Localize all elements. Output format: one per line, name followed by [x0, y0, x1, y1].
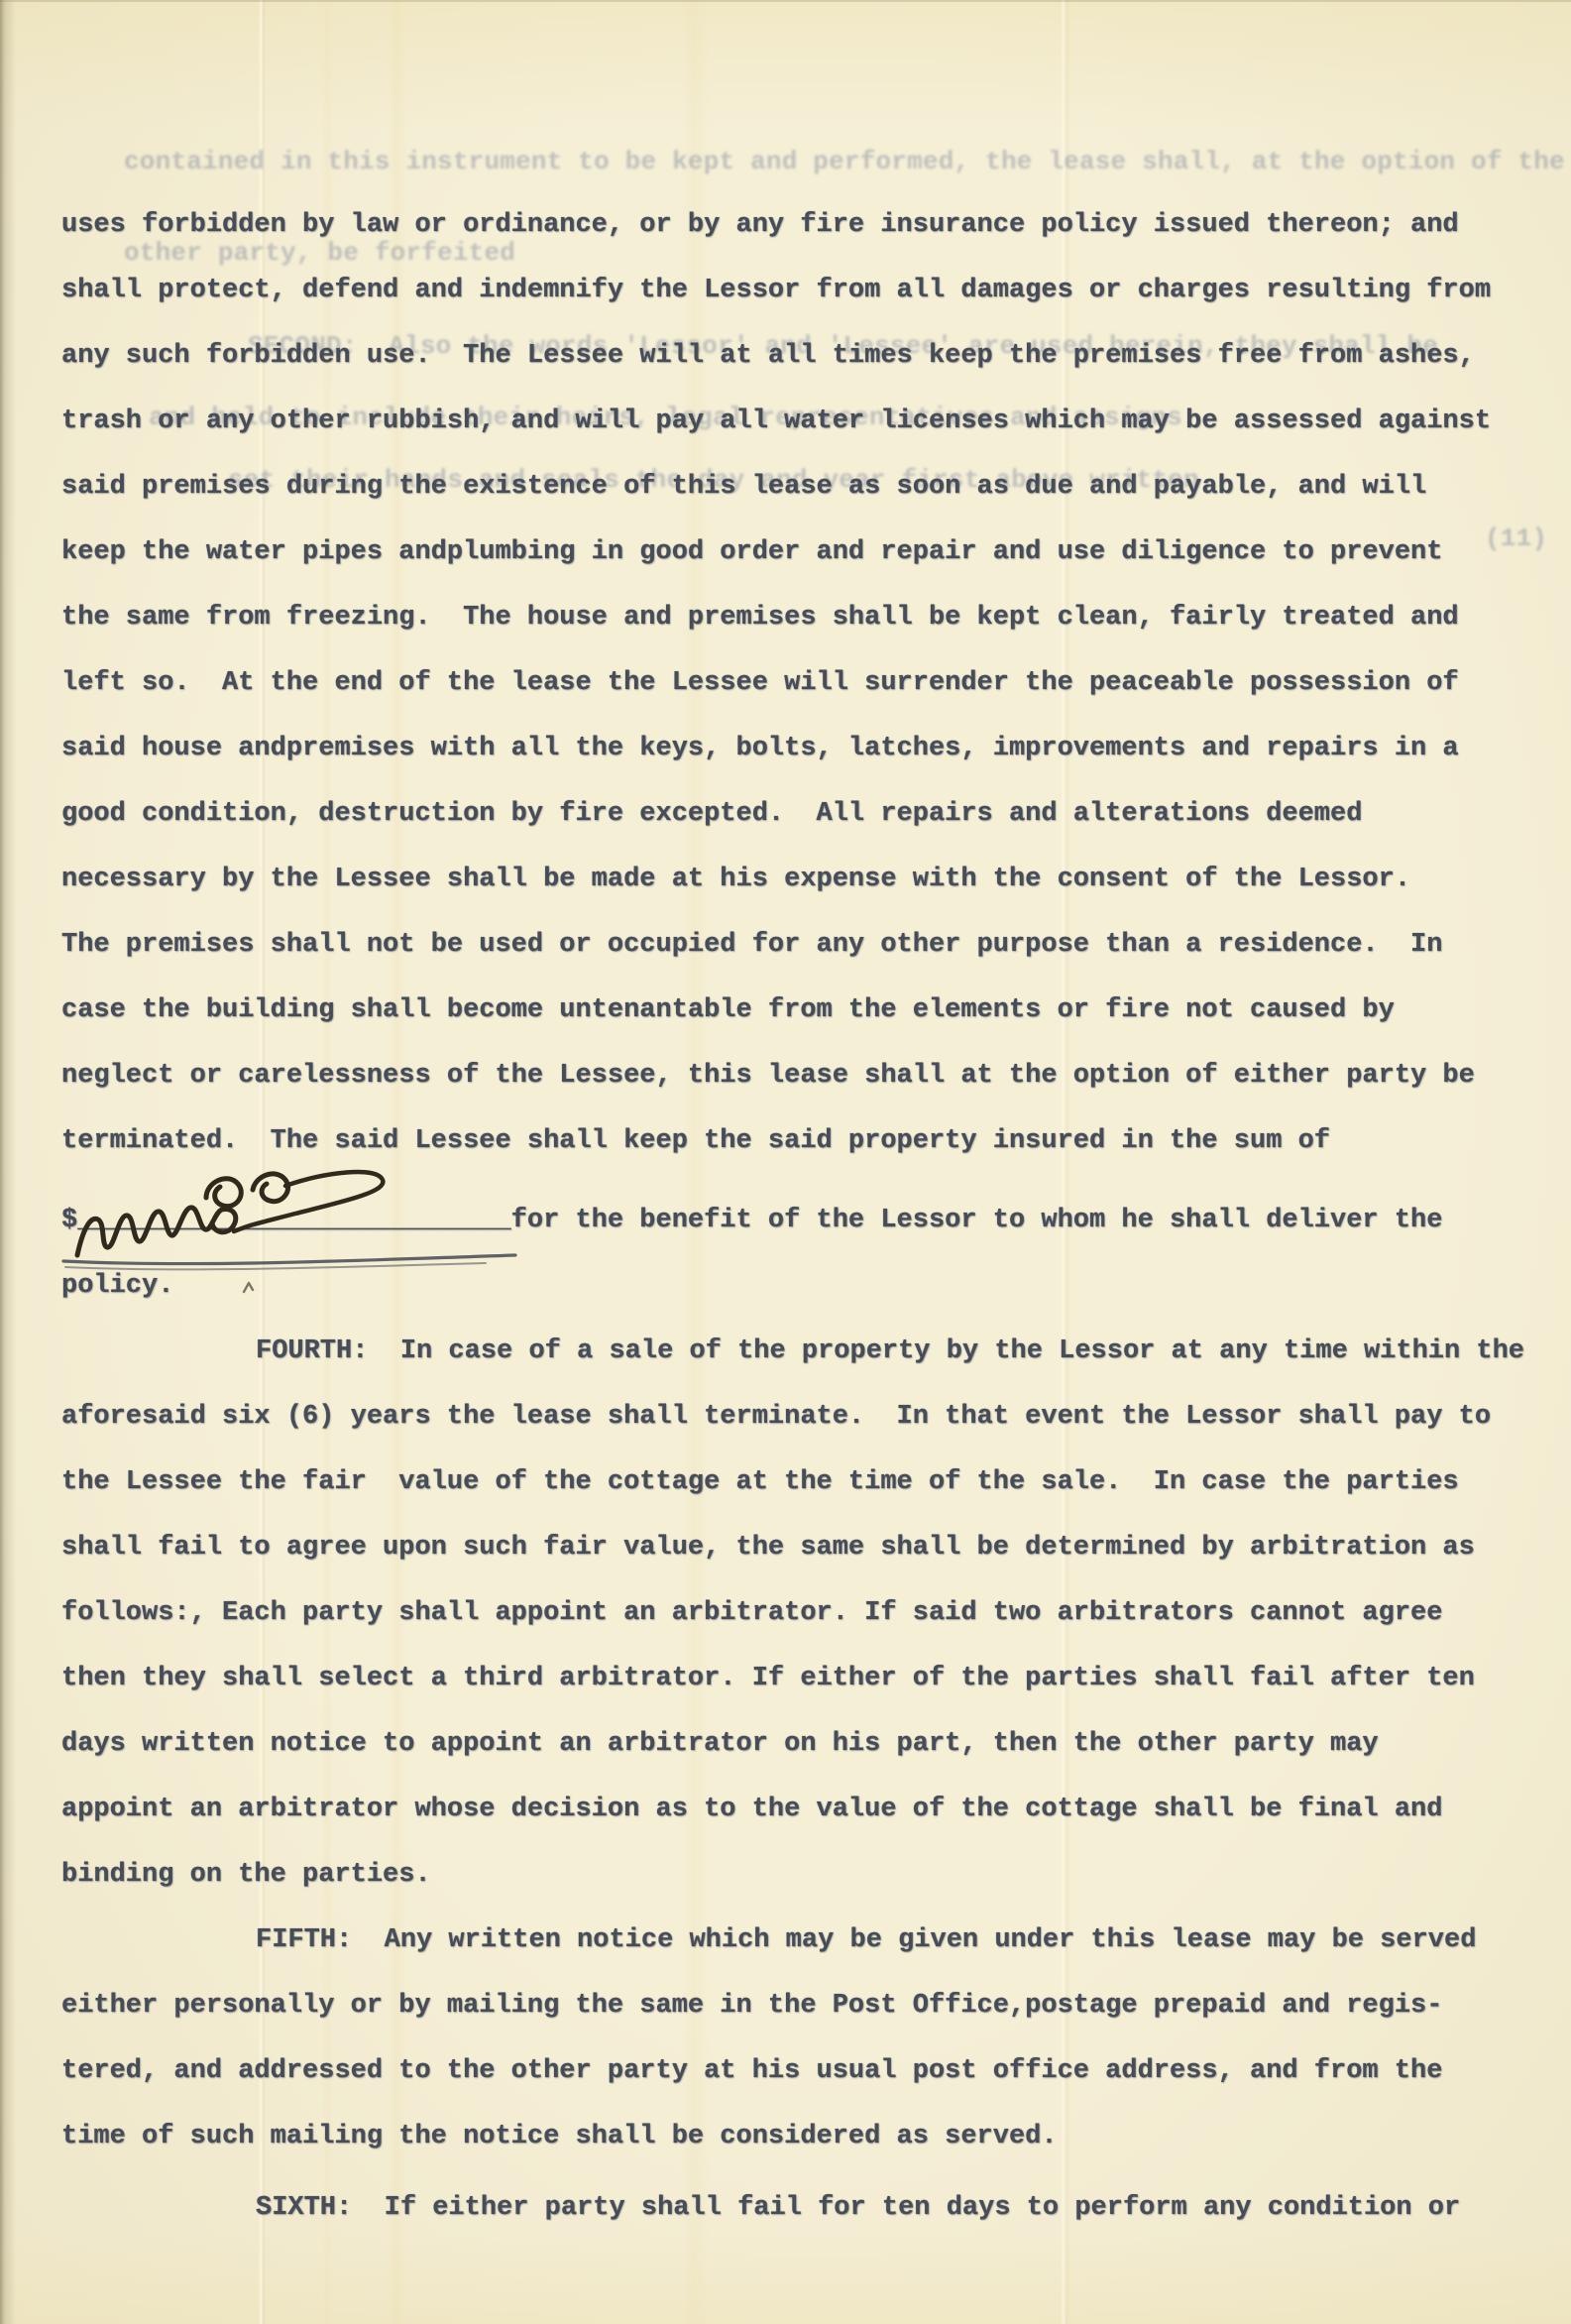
text-line: days written notice to appoint an arbitr… [61, 1711, 1538, 1777]
text-line: any such forbidden use. The Lessee will … [61, 323, 1538, 389]
text-line: tered, and addressed to the other party … [61, 2038, 1538, 2104]
text-line: the same from freezing. The house and pr… [61, 585, 1538, 650]
text-line: time of such mailing the notice shall be… [61, 2104, 1538, 2169]
document-page: contained in this instrument to be kept … [0, 0, 1571, 2324]
bleed-through-line: contained in this instrument to be kept … [124, 147, 1565, 176]
text-line: good condition, destruction by fire exce… [61, 781, 1538, 847]
text-line: binding on the parties. [61, 1842, 1538, 1908]
text-line: either personally or by mailing the same… [61, 1973, 1538, 2038]
text-line: FOURTH: In case of a sale of the propert… [61, 1319, 1538, 1384]
text-line: said house andpremises with all the keys… [61, 716, 1538, 781]
text-line: FIFTH: Any written notice which may be g… [61, 1908, 1538, 1973]
text-line: appoint an arbitrator whose decision as … [61, 1777, 1538, 1842]
text-line: then they shall select a third arbitrato… [61, 1646, 1538, 1711]
text-line: left so. At the end of the lease the Les… [61, 650, 1538, 716]
text-line: said premises during the existence of th… [61, 454, 1538, 520]
text-line: The premises shall not be used or occupi… [61, 912, 1538, 978]
handwritten-ink-scribble [50, 1138, 575, 1307]
text-line: case the building shall become untenanta… [61, 978, 1538, 1043]
text-line: neglect or carelessness of the Lessee, t… [61, 1043, 1538, 1108]
text-line: keep the water pipes andplumbing in good… [61, 520, 1538, 585]
text-line: the Lessee the fair value of the cottage… [61, 1450, 1538, 1515]
text-line: uses forbidden by law or ordinance, or b… [61, 192, 1538, 258]
text-line: shall protect, defend and indemnify the … [61, 258, 1538, 323]
text-line: follows:, Each party shall appoint an ar… [61, 1580, 1538, 1646]
text-line: SIXTH: If either party shall fail for te… [61, 2175, 1538, 2241]
text-line: aforesaid six (6) years the lease shall … [61, 1384, 1538, 1450]
text-line: shall fail to agree upon such fair value… [61, 1515, 1538, 1580]
text-line: necessary by the Lessee shall be made at… [61, 847, 1538, 912]
text-line: trash or any other rubbish, and will pay… [61, 389, 1538, 454]
